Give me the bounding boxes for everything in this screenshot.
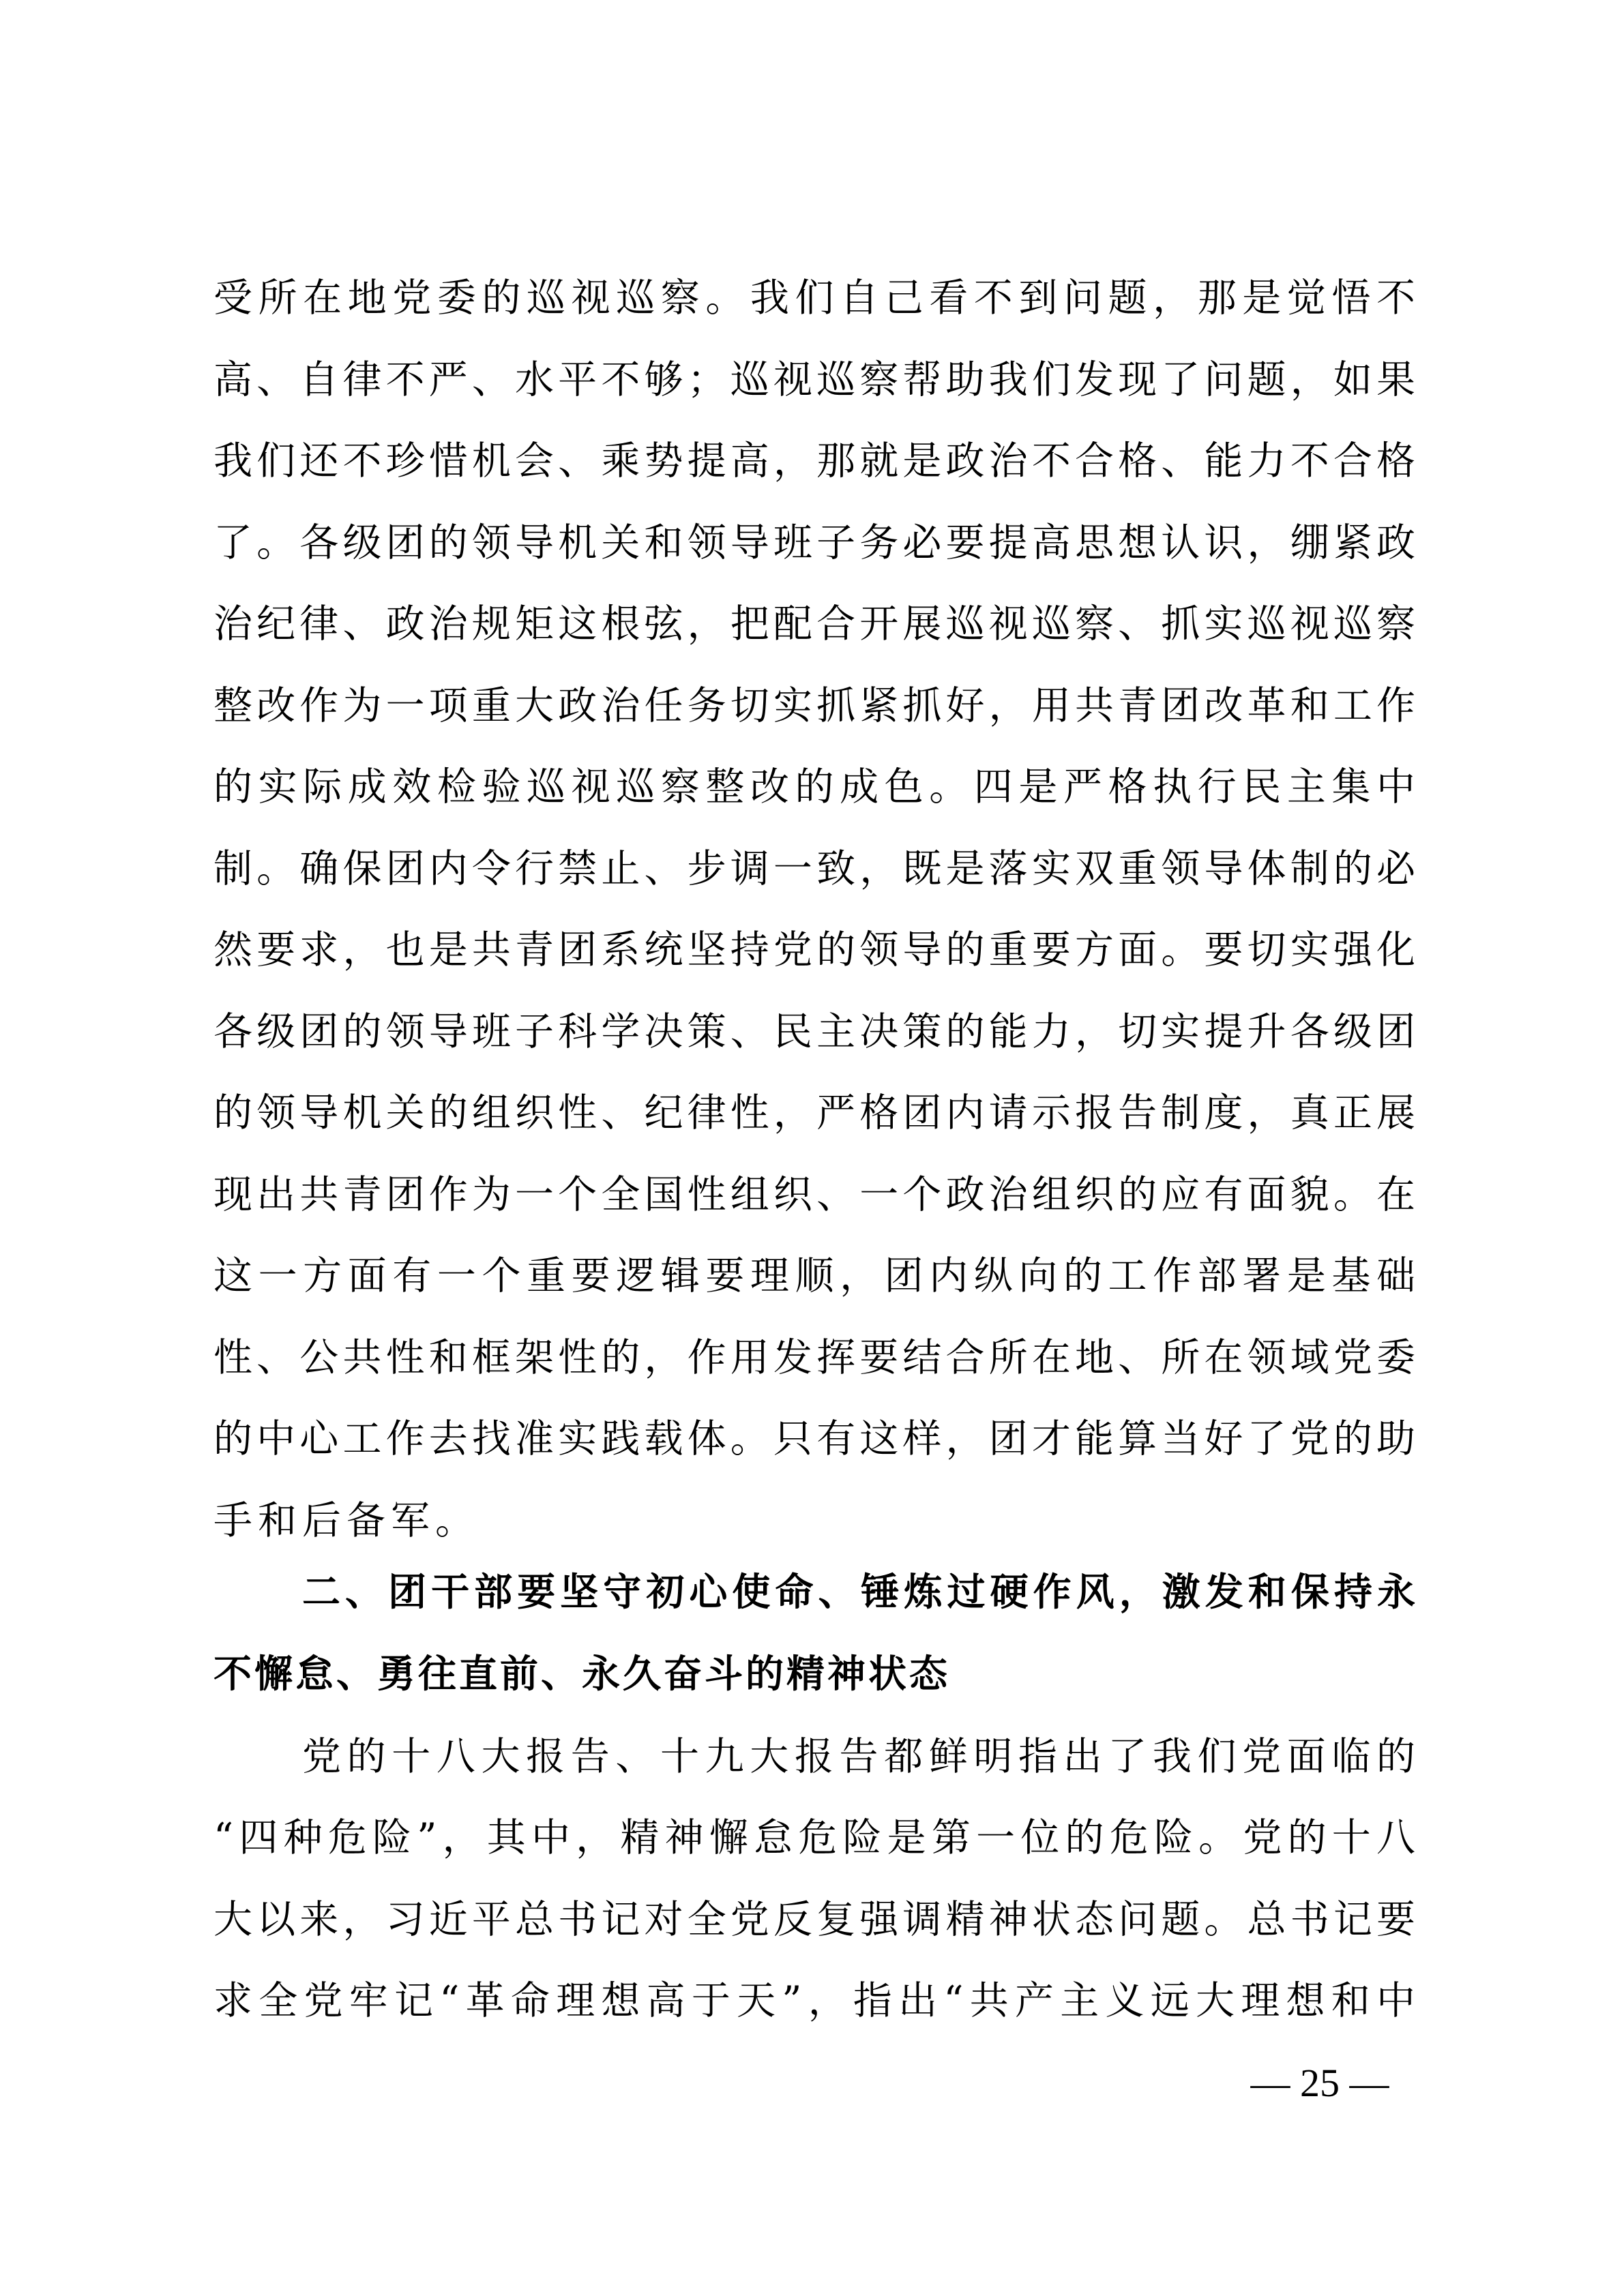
text-line: 的实际成效检验巡视巡察整改的成色。四是严格执行民主集中 (213, 746, 1415, 828)
text-line: 的领导机关的组织性、纪律性，严格团内请示报告制度，真正展 (213, 1072, 1415, 1154)
text-line: 求全党牢记“革命理想高于天”，指出“共产主义远大理想和中 (213, 1960, 1415, 2042)
text-line: 整改作为一项重大政治任务切实抓紧抓好，用共青团改革和工作 (213, 665, 1415, 747)
text-line: 党的十八大报告、十九大报告都鲜明指出了我们党面临的 (302, 1716, 1415, 1798)
text-line: 性、公共性和框架性的，作用发挥要结合所在地、所在领域党委 (213, 1317, 1415, 1399)
heading-line: 不懈怠、勇往直前、永久奋斗的精神状态 (213, 1634, 1415, 1716)
text-line: 受所在地党委的巡视巡察。我们自己看不到问题，那是觉悟不 (213, 257, 1415, 339)
text-line: 治纪律、政治规矩这根弦，把配合开展巡视巡察、抓实巡视巡察 (213, 583, 1415, 665)
page-number: — 25 — (1238, 2059, 1402, 2107)
text-line: 手和后备军。 (213, 1480, 1415, 1562)
text-line: 大以来，习近平总书记对全党反复强调精神状态问题。总书记要 (213, 1879, 1415, 1960)
text-line: 我们还不珍惜机会、乘势提高，那就是政治不合格、能力不合格 (213, 420, 1415, 502)
text-line: 这一方面有一个重要逻辑要理顺，团内纵向的工作部署是基础 (213, 1235, 1415, 1317)
heading-line: 二、团干部要坚守初心使命、锤炼过硬作风，激发和保持永 (302, 1552, 1415, 1634)
text-line: 现出共青团作为一个全国性组织、一个政治组织的应有面貌。在 (213, 1154, 1415, 1236)
text-line: 制。确保团内令行禁止、步调一致，既是落实双重领导体制的必 (213, 828, 1415, 910)
text-line: 高、自律不严、水平不够；巡视巡察帮助我们发现了问题，如果 (213, 339, 1415, 421)
text-line: “四种危险”，其中，精神懈怠危险是第一位的危险。党的十八 (213, 1797, 1415, 1879)
text-line: 各级团的领导班子科学决策、民主决策的能力，切实提升各级团 (213, 991, 1415, 1073)
text-line: 了。各级团的领导机关和领导班子务必要提高思想认识，绷紧政 (213, 502, 1415, 584)
text-line: 的中心工作去找准实践载体。只有这样，团才能算当好了党的助 (213, 1398, 1415, 1480)
text-line: 然要求，也是共青团系统坚持党的领导的重要方面。要切实强化 (213, 909, 1415, 991)
document-page: 受所在地党委的巡视巡察。我们自己看不到问题，那是觉悟不 高、自律不严、水平不够；… (0, 0, 1624, 2296)
